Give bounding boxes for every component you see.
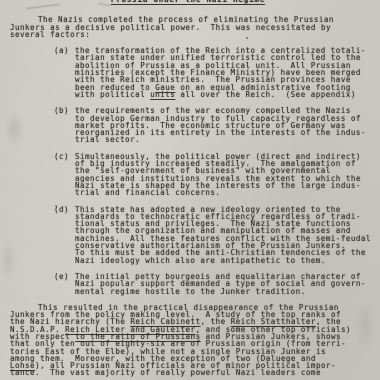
list-item-d: (d)This state has adopted a new ideology… <box>54 206 378 264</box>
list-item-e: (e)The initial petty bourgeois and equal… <box>54 273 378 295</box>
list-item-a: (a)the transformation of the Reich into … <box>54 47 378 98</box>
text-line: with political units all over the Reich.… <box>75 91 366 98</box>
text-line: Nazi ideology which also are antipatheti… <box>75 257 371 264</box>
document-page: Prussia under the Nazi RegimeThe Nazis c… <box>0 0 380 380</box>
intro-paragraph: The Nazis completed the process of elimi… <box>10 16 376 38</box>
item-text: The initial petty bourgeois and equalita… <box>75 273 366 295</box>
item-label: (d) <box>54 206 75 264</box>
text-line: several factors: <box>10 31 376 38</box>
text-line: mental regime hostile to the Junker trad… <box>75 288 366 295</box>
item-label: (e) <box>54 273 75 295</box>
item-label: (a) <box>54 47 75 98</box>
text-line: tance. The vast majority of really power… <box>10 369 376 376</box>
item-text: the requirements of the war economy comp… <box>75 107 366 143</box>
list-item-b: (b)the requirements of the war economy c… <box>54 107 378 143</box>
text-line: trial and financial concerns. <box>75 189 361 196</box>
list-item-c: (c)Simultaneously, the political power (… <box>54 153 378 197</box>
document-title: Prussia under the Nazi Regime <box>0 0 376 3</box>
text-line: Prussia under the Nazi Regime <box>0 0 376 3</box>
item-text: This state has adopted a new ideology or… <box>75 206 371 264</box>
closing-paragraph: This resulted in the practical disappear… <box>10 304 376 377</box>
item-label: (c) <box>54 153 75 197</box>
item-text: the transformation of the Reich into a c… <box>75 47 366 98</box>
item-text: Simultaneously, the political power (dir… <box>75 153 361 197</box>
document-body: Prussia under the Nazi RegimeThe Nazis c… <box>0 0 380 377</box>
text-line: trial sector. <box>75 136 366 143</box>
item-label: (b) <box>54 107 75 143</box>
